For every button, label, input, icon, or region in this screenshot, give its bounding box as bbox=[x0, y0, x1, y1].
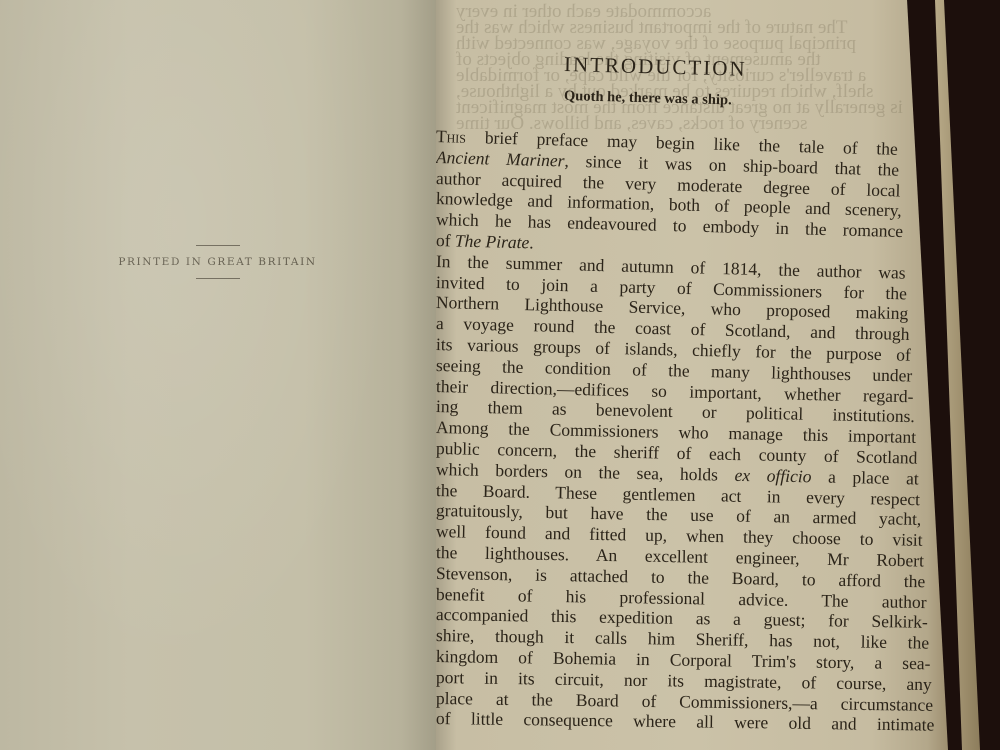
smallcaps-text: This bbox=[436, 126, 466, 147]
chapter-heading: INTRODUCTION bbox=[564, 52, 747, 82]
imprint-rule-top bbox=[196, 245, 240, 246]
text-segment: of bbox=[436, 230, 455, 250]
left-page: PRINTED IN GREAT BRITAIN bbox=[0, 0, 436, 750]
printer-imprint: PRINTED IN GREAT BRITAIN bbox=[100, 245, 335, 279]
page-content: INTRODUCTION Quoth he, there was a ship.… bbox=[436, 0, 948, 750]
italic-text: The Pirate bbox=[455, 230, 530, 252]
book-spread: PRINTED IN GREAT BRITAIN accommodate eac… bbox=[0, 0, 1000, 750]
right-page: accommodate each other in everyThe natur… bbox=[436, 0, 948, 750]
italic-text: ex officio bbox=[734, 465, 811, 486]
text-segment: a place at bbox=[811, 466, 919, 488]
imprint-text: PRINTED IN GREAT BRITAIN bbox=[100, 256, 335, 268]
imprint-rule-bottom bbox=[196, 278, 240, 279]
italic-text: Ancient Mariner bbox=[436, 147, 565, 171]
text-segment: . bbox=[529, 232, 534, 252]
epigraph: Quoth he, there was a ship. bbox=[564, 88, 732, 109]
